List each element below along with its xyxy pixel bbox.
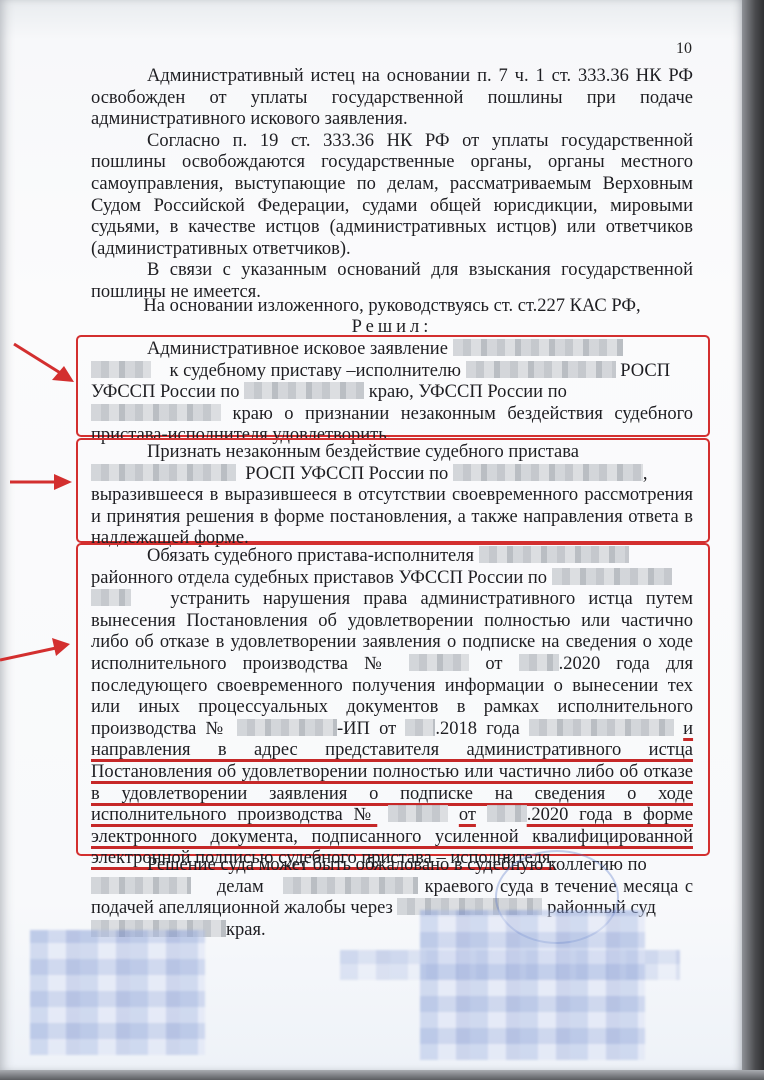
redacted-signature-left bbox=[30, 930, 205, 1055]
resolution-item-1: Административное исковое заявление к суд… bbox=[91, 339, 693, 447]
redacted-text bbox=[453, 464, 643, 481]
paragraph-2: Согласно п. 19 ст. 333.36 НК РФ от уплат… bbox=[91, 131, 693, 261]
resolution-item-2: Признать незаконным бездействие судебног… bbox=[91, 442, 693, 550]
redacted-text bbox=[91, 589, 131, 606]
redacted-stamp-right bbox=[420, 910, 645, 1060]
resolution-item-3: Обязать судебного пристава-исполнителя р… bbox=[91, 546, 693, 870]
redacted-text bbox=[519, 654, 559, 671]
basis-line: На основании изложенного, руководствуясь… bbox=[91, 296, 693, 318]
redacted-text bbox=[388, 805, 448, 822]
redacted-text bbox=[91, 361, 151, 378]
redacted-text bbox=[466, 361, 616, 378]
redacted-text bbox=[91, 464, 236, 481]
arrow-icon bbox=[0, 340, 80, 390]
arrow-icon bbox=[0, 630, 80, 670]
redacted-text bbox=[479, 546, 629, 563]
paragraph-tax-exemption: Административный истец на основании п. 7… bbox=[91, 66, 693, 304]
redacted-text bbox=[91, 404, 221, 421]
redacted-text bbox=[244, 382, 364, 399]
scan-bottom-edge bbox=[0, 1070, 764, 1080]
arrow-icon bbox=[0, 470, 80, 494]
redacted-text bbox=[487, 805, 527, 822]
scan-edge-shadow bbox=[742, 0, 764, 1080]
paragraph-1: Административный истец на основании п. 7… bbox=[91, 66, 693, 131]
redacted-text bbox=[237, 719, 337, 736]
redacted-text bbox=[405, 719, 435, 736]
scanned-page: 10 Административный истец на основании п… bbox=[0, 0, 742, 1070]
redacted-text bbox=[453, 339, 623, 356]
redacted-text bbox=[529, 719, 674, 736]
redacted-text bbox=[409, 654, 469, 671]
redacted-text bbox=[91, 877, 191, 894]
page-number: 10 bbox=[676, 40, 692, 58]
redacted-text bbox=[283, 877, 418, 894]
redacted-text bbox=[552, 568, 672, 585]
